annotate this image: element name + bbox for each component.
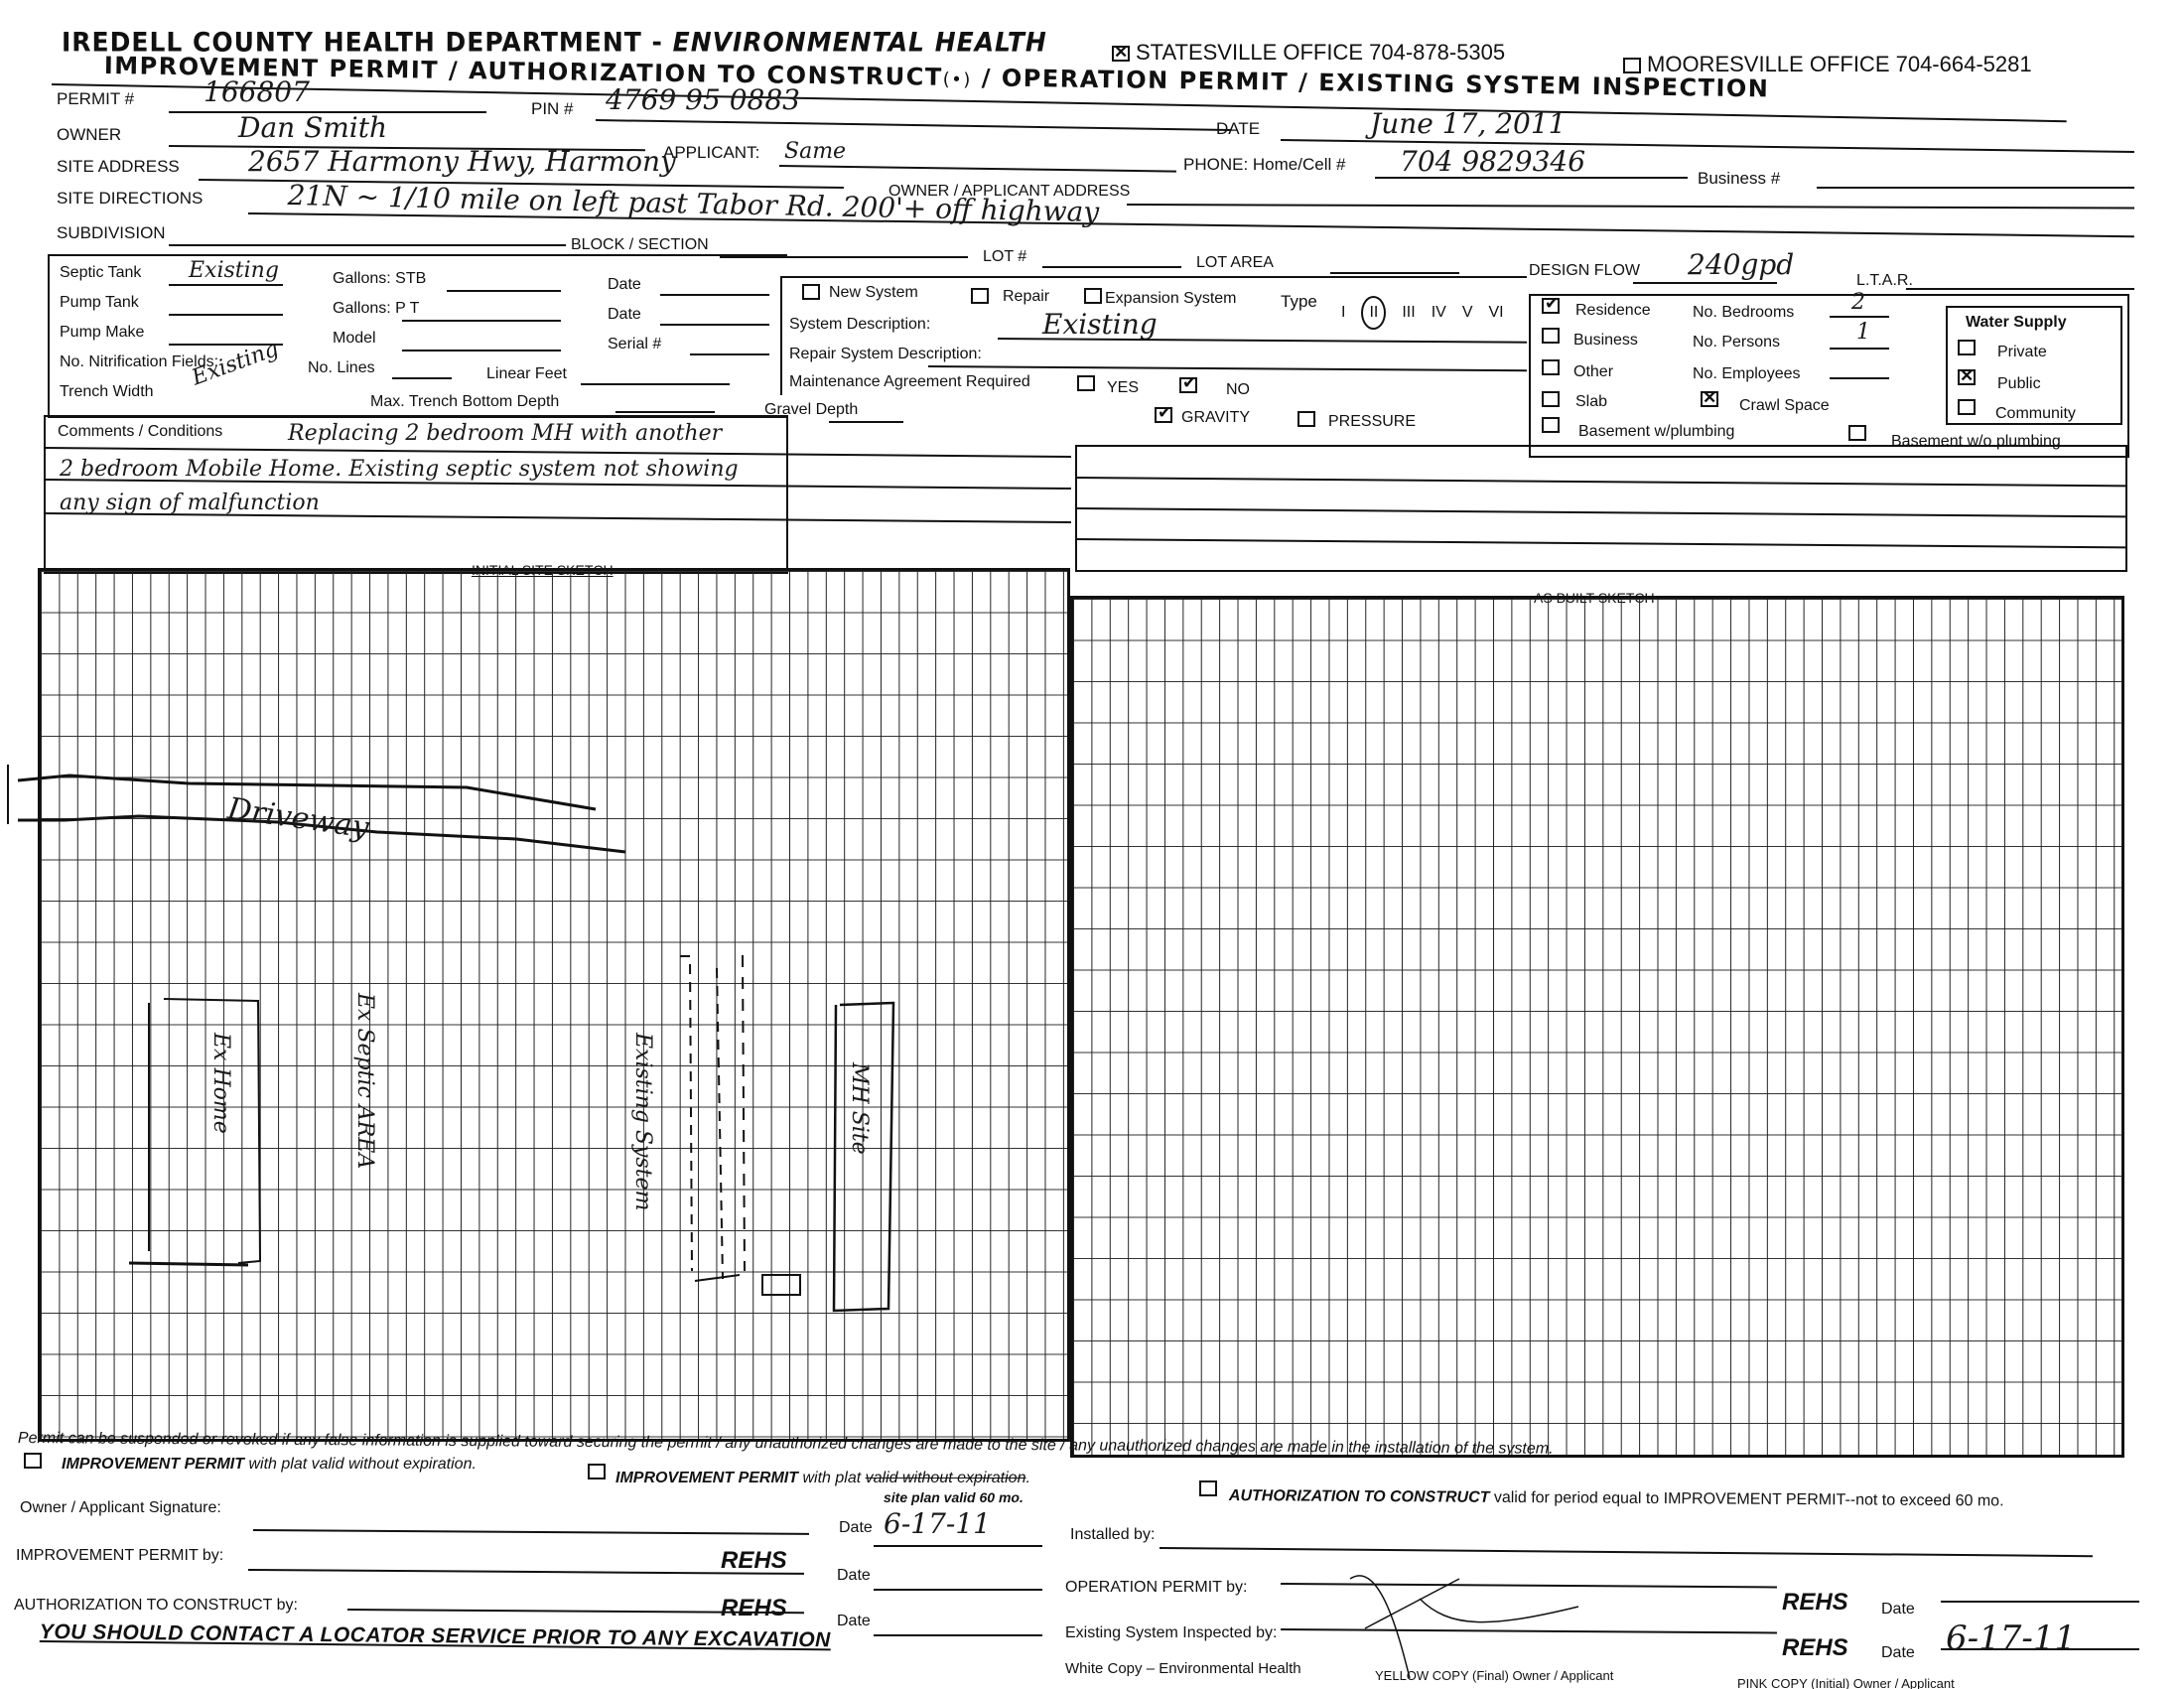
pink-copy-label: PINK COPY (Initial) Owner / Applicant — [1737, 1676, 1955, 1689]
authorization-by-label: AUTHORIZATION TO CONSTRUCT by: — [14, 1597, 298, 1615]
improvement-permit-2-text: IMPROVEMENT PERMIT with plat valid witho… — [615, 1470, 1030, 1487]
ex-septic-area-label: Ex Septic AREA — [352, 993, 377, 1169]
improvement-permit-2-tail: . — [1025, 1470, 1029, 1486]
ex-home-label: Ex Home — [208, 1033, 233, 1134]
authorization-rehs: REHS — [721, 1595, 787, 1622]
improvement-permit-date-label: Date — [837, 1567, 871, 1585]
authorization-bold: AUTHORIZATION TO CONSTRUCT — [1229, 1487, 1490, 1506]
improvement-permit-2-bold: IMPROVEMENT PERMIT — [615, 1470, 798, 1486]
inspected-date-label: Date — [1881, 1644, 1915, 1662]
inspected-by-label: Existing System Inspected by: — [1065, 1624, 1277, 1642]
improvement-permit-rehs: REHS — [721, 1547, 787, 1575]
owner-date-line — [874, 1545, 1042, 1547]
authorization-date-label: Date — [837, 1613, 871, 1630]
improvement-permit-1-text: IMPROVEMENT PERMIT with plat valid witho… — [62, 1456, 477, 1474]
improvement-permit-date-line — [874, 1589, 1042, 1591]
installed-by-label: Installed by: — [1070, 1526, 1155, 1544]
improvement-permit-by-label: IMPROVEMENT PERMIT by: — [16, 1547, 223, 1565]
yellow-copy-label: YELLOW COPY (Final) Owner / Applicant — [1375, 1668, 1613, 1683]
authorization-checkbox[interactable] — [1199, 1480, 1217, 1496]
inspector-signature-stroke — [1350, 1576, 1410, 1678]
site-plan-note: site plan valid 60 mo. — [884, 1489, 1024, 1505]
improvement-permit-1-bold: IMPROVEMENT PERMIT — [62, 1456, 244, 1473]
inspected-date-value[interactable]: 6-17-11 — [1946, 1619, 2076, 1658]
operation-permit-date-label: Date — [1881, 1601, 1915, 1619]
operation-permit-date-line — [1941, 1601, 2139, 1603]
improvement-permit-2-struck: valid without expiration — [866, 1470, 1026, 1486]
authorization-rest: valid for period equal to IMPROVEMENT PE… — [1489, 1489, 2003, 1510]
improvement-permit-2-rest: with plat — [798, 1470, 866, 1486]
improvement-permit-1-checkbox[interactable] — [24, 1453, 42, 1469]
inspected-date-line — [1941, 1648, 2139, 1650]
white-copy-label: White Copy – Environmental Health — [1065, 1660, 1301, 1677]
authorization-date-line — [874, 1634, 1042, 1636]
mh-site-label: MH Site — [847, 1062, 872, 1155]
improvement-permit-1-rest: with plat valid without expiration. — [244, 1456, 477, 1473]
operation-permit-rehs: REHS — [1782, 1589, 1848, 1617]
existing-system-label: Existing System — [630, 1033, 655, 1210]
owner-signature-label: Owner / Applicant Signature: — [20, 1499, 221, 1517]
inspected-rehs: REHS — [1782, 1634, 1848, 1662]
owner-date-label: Date — [839, 1519, 873, 1537]
improvement-permit-2-checkbox[interactable] — [588, 1464, 606, 1479]
owner-date-value[interactable]: 6-17-11 — [884, 1507, 991, 1540]
operation-permit-by-label: OPERATION PERMIT by: — [1065, 1579, 1247, 1597]
